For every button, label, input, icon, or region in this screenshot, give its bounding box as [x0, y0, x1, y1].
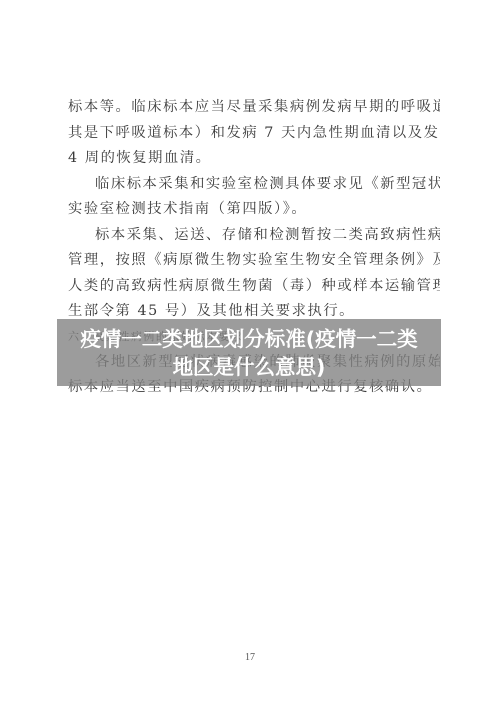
document-line: 临床标本采集和实验室检测具体要求见《新型冠状病毒肺炎	[95, 175, 440, 193]
page-number: 17	[0, 652, 500, 663]
document-line: 标本等。临床标本应当尽量采集病例发病早期的呼吸道标本（尤	[68, 98, 440, 116]
document-line: 4 周的恢复期血清。	[68, 149, 440, 167]
document-line: 管理，按照《病原微生物实验室生物安全管理条例》及《可感染	[68, 251, 440, 269]
overlay-title: 疫情一二类地区划分标准(疫情一二类 地区是什么意思)	[57, 319, 441, 386]
overlay-title-line-1: 疫情一二类地区划分标准(疫情一二类	[57, 325, 441, 353]
overlay-title-line-2: 地区是什么意思)	[57, 353, 441, 381]
document-line: 人类的高致病性病原微生物菌（毒）种或样本运输管理规定》（卫	[68, 277, 440, 295]
document-line: 标本采集、运送、存储和检测暂按二类高致病性病原微生物	[95, 226, 440, 244]
document-line: 生部令第 45 号）及其他相关要求执行。	[68, 302, 440, 320]
title-overlay-banner: 疫情一二类地区划分标准(疫情一二类 地区是什么意思)	[57, 319, 441, 386]
document-line: 其是下呼吸道标本）和发病 7 天内急性期血清以及发病后第 3～	[68, 124, 440, 142]
document-line: 实验室检测技术指南（第四版）》。	[68, 200, 440, 218]
